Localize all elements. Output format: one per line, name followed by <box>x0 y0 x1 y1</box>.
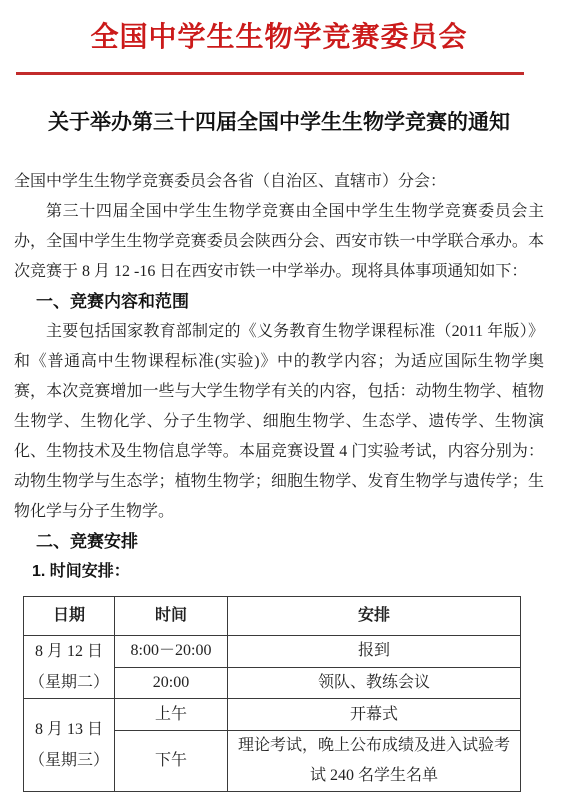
document-page: 全国中学生生物学竞赛委员会 关于举办第三十四届全国中学生生物学竞赛的通知 全国中… <box>0 0 564 809</box>
schedule-table: 日期 时间 安排 8 月 12 日 （星期二） 8:00－20:00 报到 20… <box>23 596 521 792</box>
table-header-time: 时间 <box>115 597 228 636</box>
document-body: 全国中学生生物学竞赛委员会各省（自治区、直辖市）分会： 第三十四届全国中学生生物… <box>14 167 544 792</box>
intro-paragraph: 第三十四届全国中学生生物学竞赛由全国中学生生物学竞赛委员会主办，全国中学生生物学… <box>14 197 544 287</box>
date-line-1: 8 月 13 日 <box>28 714 110 745</box>
date-cell-aug12: 8 月 12 日 （星期二） <box>24 636 115 699</box>
time-cell: 8:00－20:00 <box>115 636 228 668</box>
time-cell: 20:00 <box>115 667 228 699</box>
section-1-heading: 一、竞赛内容和范围 <box>36 287 544 317</box>
time-cell: 上午 <box>115 699 228 731</box>
table-header-date: 日期 <box>24 597 115 636</box>
letterhead: 全国中学生生物学竞赛委员会 <box>14 0 544 75</box>
plan-cell: 报到 <box>228 636 521 668</box>
date-line-2: （星期二） <box>28 667 110 698</box>
date-cell-aug13: 8 月 13 日 （星期三） <box>24 699 115 792</box>
letterhead-rule <box>16 72 524 75</box>
time-arrangement-subheading: 1. 时间安排： <box>32 557 544 587</box>
salutation-line: 全国中学生生物学竞赛委员会各省（自治区、直辖市）分会： <box>14 167 544 197</box>
time-cell: 下午 <box>115 731 228 792</box>
plan-cell: 理论考试，晚上公布成绩及进入试验考试 240 名学生名单 <box>228 731 521 792</box>
date-line-2: （星期三） <box>28 745 110 776</box>
table-header-row: 日期 时间 安排 <box>24 597 521 636</box>
table-header-plan: 安排 <box>228 597 521 636</box>
date-line-1: 8 月 12 日 <box>28 636 110 667</box>
section-1-paragraph: 主要包括国家教育部制定的《义务教育生物学课程标准（2011 年版）》和《普通高中… <box>14 317 544 527</box>
table-row: 8 月 13 日 （星期三） 上午 开幕式 <box>24 699 521 731</box>
plan-cell: 开幕式 <box>228 699 521 731</box>
section-2-heading: 二、竞赛安排 <box>36 527 544 557</box>
table-row: 8 月 12 日 （星期二） 8:00－20:00 报到 <box>24 636 521 668</box>
plan-cell: 领队、教练会议 <box>228 667 521 699</box>
document-title: 关于举办第三十四届全国中学生生物学竞赛的通知 <box>14 110 544 135</box>
organization-title: 全国中学生生物学竞赛委员会 <box>14 0 544 54</box>
